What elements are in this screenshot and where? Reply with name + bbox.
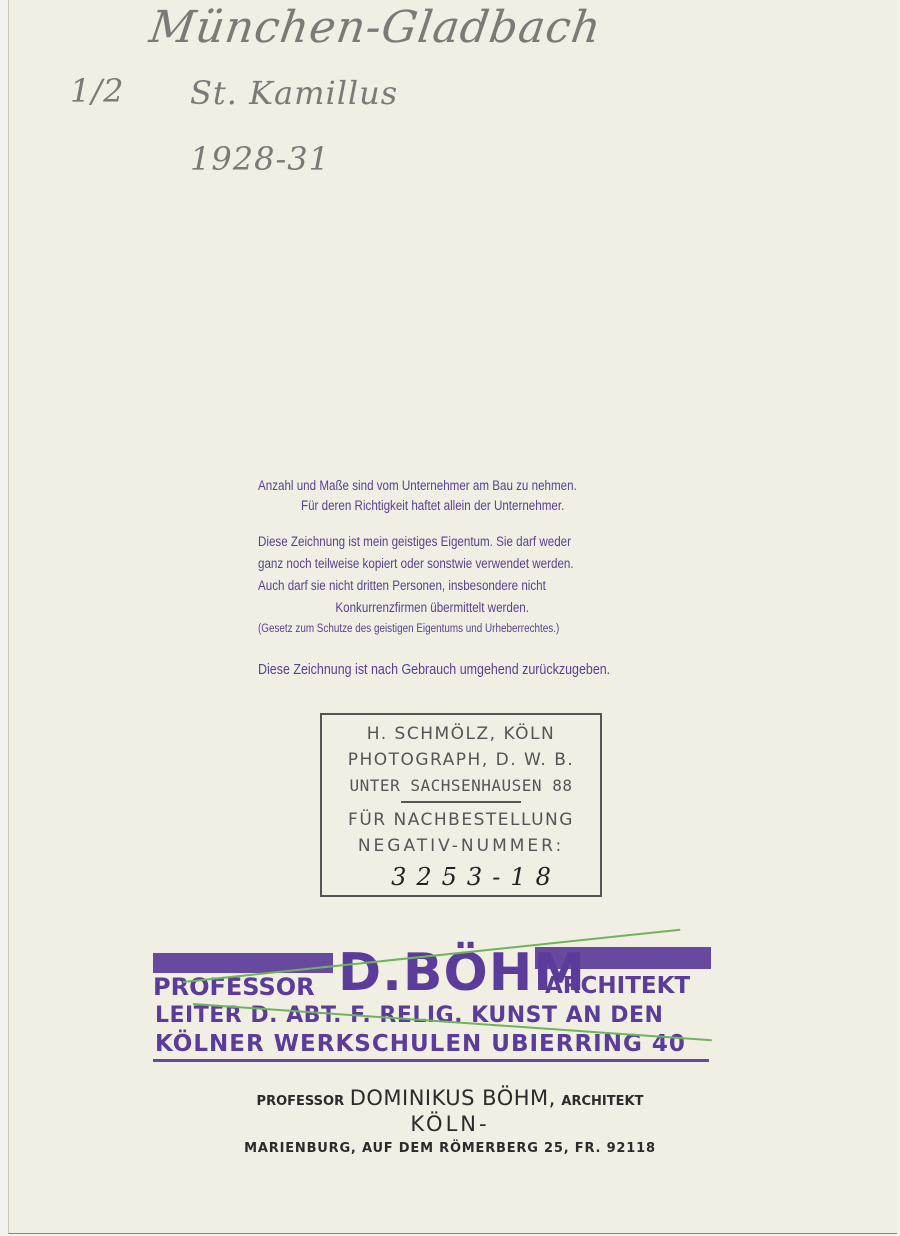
- notice-line: Für deren Richtigkeit haftet allein der …: [301, 498, 564, 513]
- notice-line: Anzahl und Maße sind vom Unternehmer am …: [258, 478, 577, 493]
- address-suffix: ARCHITEKT: [561, 1094, 643, 1109]
- handwritten-location: München-Gladbach: [146, 2, 604, 53]
- negative-number-label: NEGATIV-NUMMER:: [322, 833, 600, 859]
- handwritten-years: 1928-31: [190, 140, 330, 178]
- address-name: DOMINIKUS BÖHM,: [350, 1086, 556, 1110]
- notice-line: ganz noch teilweise kopiert oder sonstwi…: [258, 556, 574, 571]
- address-street: MARIENBURG, AUF DEM RÖMERBERG 25, FR. 92…: [0, 1141, 900, 1156]
- stamp-divider: [401, 801, 521, 803]
- photographer-name: H. SCHMÖLZ, KÖLN: [322, 721, 600, 747]
- stamp-line-3: KÖLNER WERKSCHULEN UBIERRING 40: [155, 1031, 686, 1057]
- handwritten-sheet-number: 1/2: [70, 72, 125, 110]
- reorder-label: FÜR NACHBESTELLUNG: [322, 807, 600, 833]
- notice-line: Konkurrenzfirmen übermittelt werden.: [335, 600, 529, 615]
- photographer-stamp: H. SCHMÖLZ, KÖLN PHOTOGRAPH, D. W. B. UN…: [320, 713, 602, 897]
- architect-stamp: PROFESSOR D.BÖHM ARCHITEKT LEITER D. ABT…: [153, 945, 713, 1065]
- handwritten-church-name: St. Kamillus: [190, 74, 398, 112]
- address-city: KÖLN-: [0, 1112, 900, 1136]
- stamp-underline: [153, 1059, 709, 1062]
- photographer-title: PHOTOGRAPH, D. W. B.: [322, 747, 600, 773]
- architect-address-line-1: PROFESSOR DOMINIKUS BÖHM, ARCHITEKT: [0, 1086, 900, 1110]
- stamp-title: ARCHITEKT: [545, 973, 690, 999]
- address-prefix: PROFESSOR: [257, 1094, 345, 1109]
- notice-line: Auch darf sie nicht dritten Personen, in…: [258, 578, 546, 593]
- notice-line: Diese Zeichnung ist nach Gebrauch umgehe…: [258, 662, 610, 678]
- notice-line: Diese Zeichnung ist mein geistiges Eigen…: [258, 534, 571, 549]
- notice-line: (Gesetz zum Schutze des geistigen Eigent…: [258, 623, 559, 635]
- photographer-address: UNTER SACHSENHAUSEN 88: [322, 773, 600, 799]
- negative-number: 3253-18: [322, 863, 600, 891]
